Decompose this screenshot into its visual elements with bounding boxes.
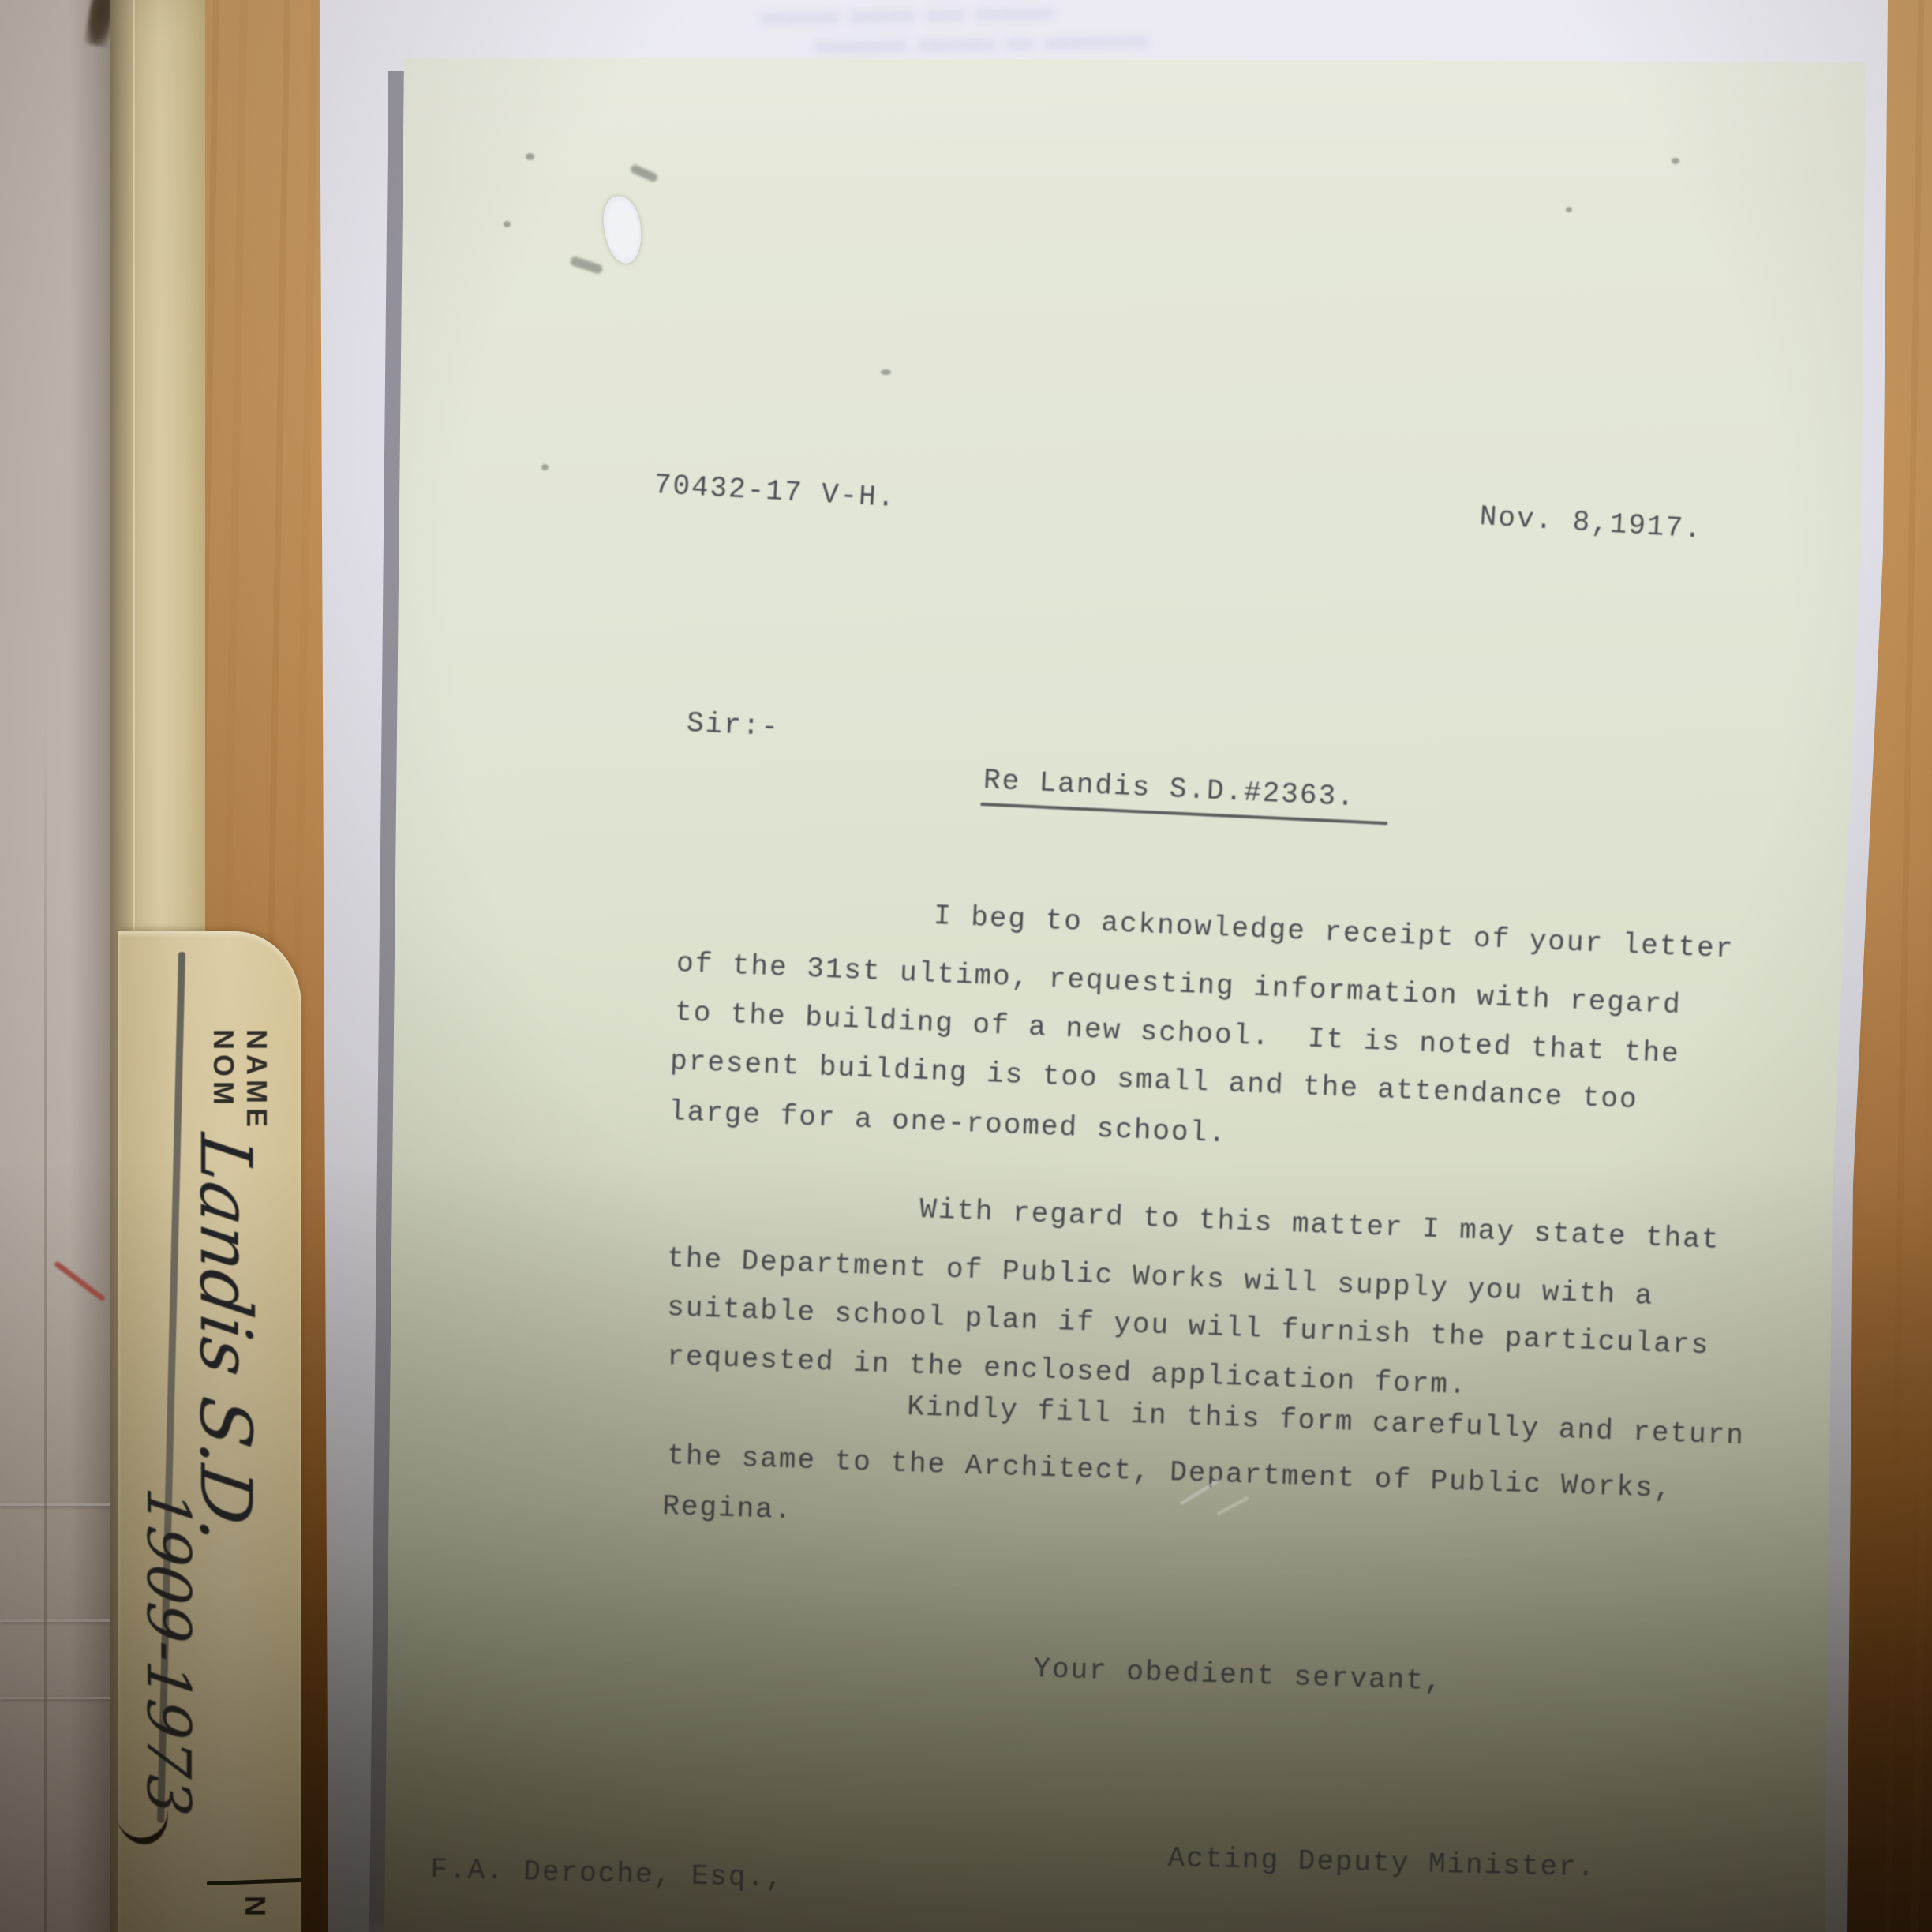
subject-line: Re Landis S.D.#2363. <box>981 764 1390 825</box>
letter-date: Nov. 8,1917. <box>1479 500 1704 546</box>
typed-line: large for a one-roomed school. <box>668 1095 1227 1150</box>
handwritten-folder-title: Landis S.D. <box>184 1129 267 1549</box>
typed-line: requested in the enclosed application fo… <box>666 1340 1468 1402</box>
ink-smudge <box>629 163 658 183</box>
addressee: F.A. Deroche, Esq., <box>430 1853 784 1895</box>
salutation: Sir:- <box>686 707 781 743</box>
archival-photo: NAME NOM Landis S.D. 1909-1973 N ▪▪▪▪▪▪ … <box>0 0 1932 1932</box>
paper-stack-left <box>0 0 120 1932</box>
paper-edge-shadow <box>44 710 47 1932</box>
paper-step-edge <box>0 1697 120 1699</box>
ink-smudge <box>569 256 604 275</box>
tab-name-label: NAME NOM <box>207 1029 273 1132</box>
ink-speck <box>1672 158 1679 164</box>
file-reference: 70432-17 V-H. <box>653 469 897 515</box>
ink-speck <box>1566 207 1572 212</box>
typed-line: Regina. <box>662 1490 794 1526</box>
typed-line: the same to the Architect, Department of… <box>667 1440 1673 1505</box>
next-folder-tab-label: N <box>238 1896 271 1916</box>
tab-label-name: NAME <box>240 1029 273 1132</box>
ink-speck <box>541 464 549 470</box>
ink-speck <box>504 221 511 227</box>
typed-line: Kindly fill in this form carefully and r… <box>907 1391 1746 1452</box>
bleedthrough-text: ▪▪▪▪▪▪▪▪ ▪▪ ▪▪▪▪▪▪ ▪▪▪▪▪▪▪ <box>813 28 1148 61</box>
tab-label-nom: NOM <box>207 1029 240 1132</box>
typed-line: With regard to this matter I may state t… <box>919 1193 1720 1256</box>
typed-line: I beg to acknowledge receipt of your let… <box>933 900 1735 965</box>
signature-title: Acting Deputy Minister. <box>1167 1842 1597 1884</box>
paper-hole <box>600 193 646 266</box>
paper-step-edge <box>0 1619 118 1622</box>
handwritten-folder-years: 1909-1973 <box>133 1484 204 1819</box>
closing: Your obedient servant, <box>1033 1653 1443 1698</box>
ink-speck <box>526 153 534 160</box>
ink-speck <box>881 369 891 375</box>
bleedthrough-text: ▪▪▪▪▪▪ ▪▪▪ ▪▪▪▪▪ ▪▪▪▪▪▪ <box>758 1 1053 33</box>
paper-step-edge <box>0 1503 117 1506</box>
paper-scratch <box>1217 1496 1249 1515</box>
